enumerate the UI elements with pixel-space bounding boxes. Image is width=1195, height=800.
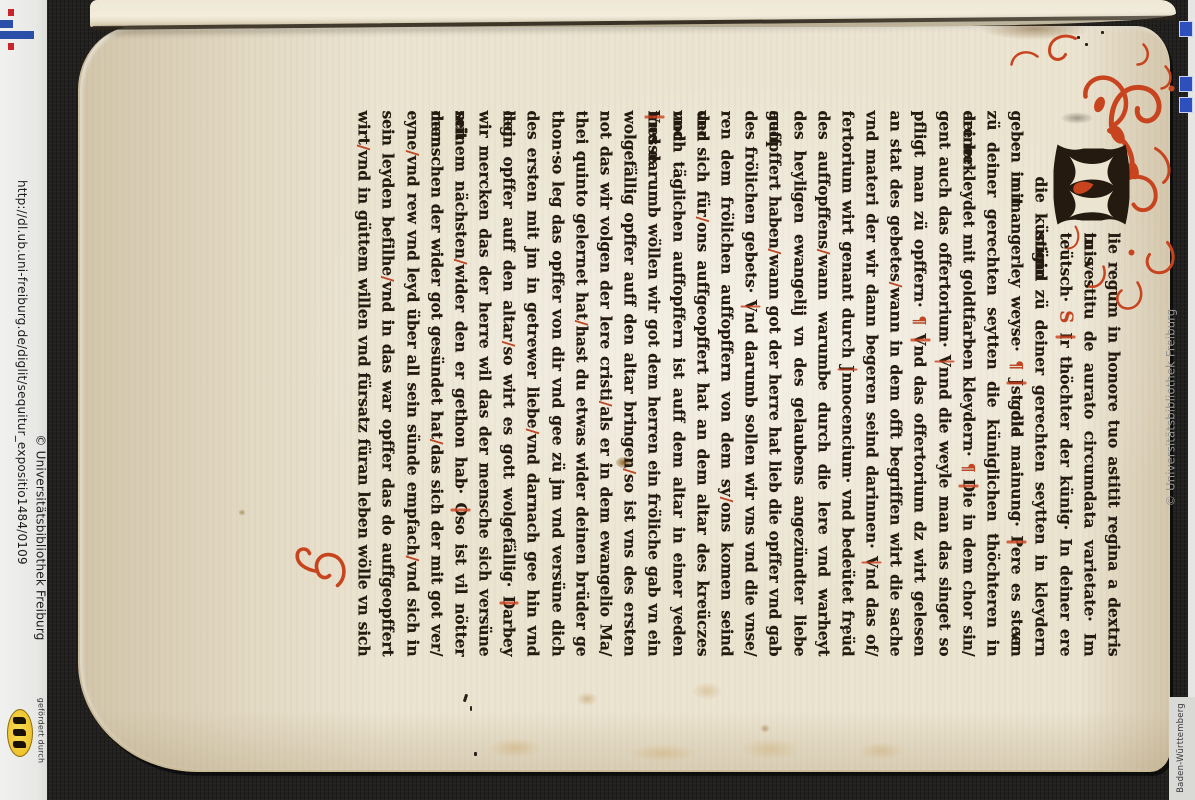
source-url-label: http://dl.ub.uni-freiburg.de/diglit/sequ…	[13, 180, 29, 560]
text-line: an stat des gebetes/wann in dem offt beg…	[884, 111, 908, 657]
text-line: wirt/vnd in güttem willen vnd fürsatz fü…	[352, 111, 376, 657]
stain	[740, 738, 800, 760]
text-line: dein opffer auff den altar/so wirt es go…	[497, 111, 521, 657]
stain	[692, 682, 722, 700]
text-line: sein leyden befilhe/vnd in das war opffe…	[376, 111, 400, 657]
text-line: menschen der wider got gesündet hat/das …	[424, 111, 448, 657]
stain	[238, 509, 246, 516]
text-line: geben in mangerley weyse· ¶ Jst die main…	[1005, 111, 1029, 657]
text-line: gent auch das offertorium· Vnnd die weyl…	[932, 111, 956, 657]
ink-speck	[1077, 36, 1080, 39]
text-line: fertorium wirt genant durch Jnnocencium·…	[835, 111, 859, 657]
text-line: des heyligen ewangelij vn des gelaubens …	[787, 111, 811, 657]
copyright-label: © Universitätsbibliothek Freiburg	[33, 385, 48, 691]
text-line: wir mercken das der herre wil das der me…	[472, 111, 496, 657]
rotated-text-container: F lie regum in honore tuo astitit regina…	[349, 111, 1126, 657]
text-line: ren dem frölichen auffopffern von dem sy…	[714, 111, 738, 657]
stain	[760, 724, 770, 733]
coat-of-arms-baden-wuerttemberg-icon	[7, 709, 33, 757]
catchword-flourish	[290, 544, 348, 596]
text-line: eyne/vnd rew vnd leyd über all sein sünd…	[400, 111, 424, 657]
ink-speck	[470, 706, 472, 711]
text-block: lie regum in honore tuo astitit regina a…	[352, 111, 1126, 657]
right-attribution-strip	[1188, 0, 1195, 800]
text-line: ere bekleydet mit goldtfarben kleydern· …	[956, 111, 980, 657]
right-copyright-label: © Universitätsbibliothek Freiburg	[1164, 270, 1179, 546]
text-line: Vnd darumb wöllen wir got dem herren ein…	[642, 111, 666, 657]
text-line: wolgefällig opffer auff den altar bringe…	[618, 111, 642, 657]
manuscript-page: F lie regum in honore tuo astitit regina…	[78, 26, 1170, 772]
registration-mark-icon	[1179, 97, 1193, 113]
left-attribution-strip: http://dl.ub.uni-freiburg.de/diglit/sequ…	[0, 0, 47, 800]
text-line: seinem nächsten/wider den er gethon hab·…	[448, 111, 472, 657]
stain	[628, 744, 698, 762]
stain	[488, 738, 542, 758]
text-line: des ersten mit jm in getrewer liebe/vnd …	[521, 111, 545, 657]
text-line: thei quinto gelernet hat/hast du etwas w…	[569, 111, 593, 657]
text-line: vnd materi der wir dann begeren seind da…	[859, 111, 883, 657]
ink-speck	[1085, 43, 1088, 46]
text-line: die künigin zü deiner gerechten seytten …	[1029, 111, 1053, 657]
text-line: noch täglichen auffopffern ist auff dem …	[666, 111, 690, 657]
text-line: pfligt man zü opffern· ¶ Vnd das offerto…	[908, 111, 932, 657]
ink-speck	[1101, 31, 1104, 34]
text-line: geopffert haben/wann got der herre hat l…	[763, 111, 787, 657]
ink-speck	[463, 694, 468, 703]
region-label: Baden-Württemberg	[1176, 697, 1188, 799]
text-line: des frölichen gebets· Vnd darumb sollen …	[739, 111, 763, 657]
text-line: zü deiner gerechten seytten die küniglic…	[980, 111, 1004, 657]
text-line: not das wir volgen der lere cristi/als e…	[593, 111, 617, 657]
registration-mark-icon	[1179, 21, 1193, 37]
drop-cap-initial	[1054, 141, 1130, 229]
ink-speck	[474, 752, 477, 756]
stain	[576, 692, 598, 706]
text-line: thon·so leg das opffer von dir vnd gee z…	[545, 111, 569, 657]
text-line: des auffopffens/wann warumbe durch die l…	[811, 111, 835, 657]
registration-mark-icon	[1179, 76, 1193, 92]
stain	[858, 742, 904, 760]
funding-caption: gefördert durch	[35, 698, 46, 764]
text-line: der sich für/ons auffgeopffert hat an de…	[690, 111, 714, 657]
